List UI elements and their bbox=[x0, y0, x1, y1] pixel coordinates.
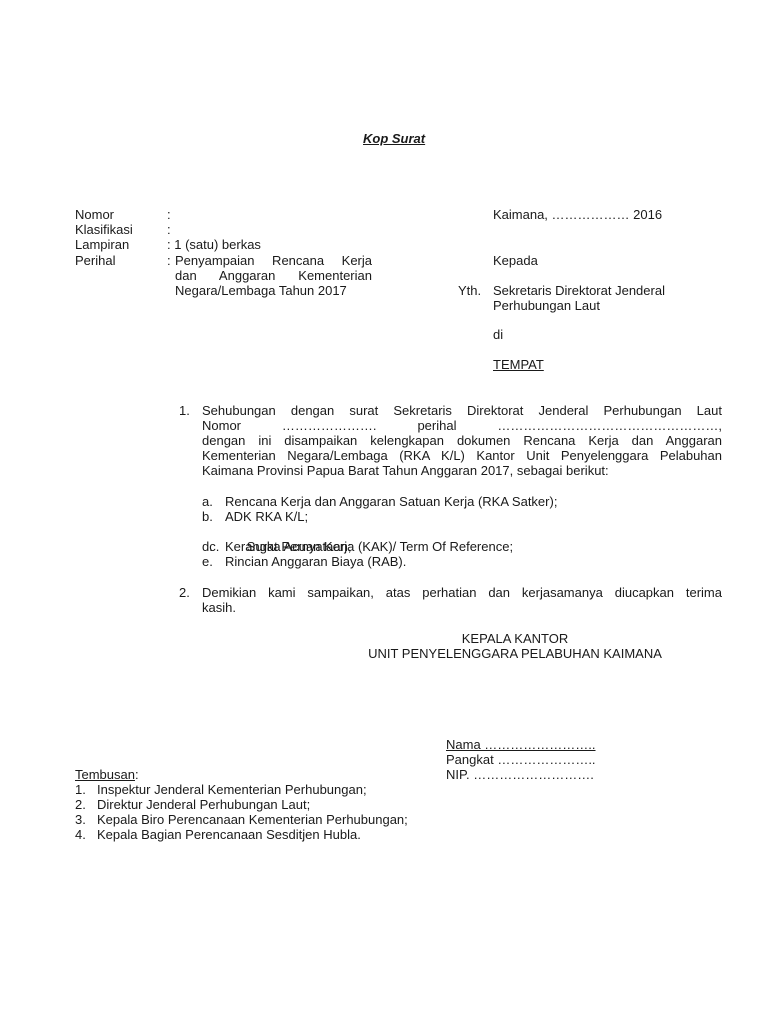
list-item: e.Rincian Anggaran Biaya (RAB). bbox=[202, 554, 406, 569]
list-text: ADK RKA K/L; bbox=[225, 509, 308, 524]
paragraph-line: kasih. bbox=[202, 600, 722, 615]
meta-label-lampiran: Lampiran bbox=[75, 237, 129, 252]
tembusan-number: 2. bbox=[75, 797, 97, 812]
tembusan-text: Direktur Jenderal Perhubungan Laut; bbox=[97, 797, 310, 812]
tembusan-item: 1.Inspektur Jenderal Kementerian Perhubu… bbox=[75, 782, 367, 797]
paragraph-2: 2. Demikian kami sampaikan, atas perhati… bbox=[179, 585, 722, 615]
paragraph-line: Demikian kami sampaikan, atas perhatian … bbox=[202, 585, 722, 600]
list-letter: a. bbox=[202, 494, 225, 509]
meta-value-nomor: : bbox=[167, 207, 171, 222]
tembusan-text: Inspektur Jenderal Kementerian Perhubung… bbox=[97, 782, 367, 797]
di-label: di bbox=[493, 327, 503, 342]
recipient-line-2: Perhubungan Laut bbox=[493, 298, 600, 313]
list-text: Rincian Anggaran Biaya (RAB). bbox=[225, 554, 406, 569]
place-date: Kaimana, ……………… 2016 bbox=[493, 207, 662, 222]
paragraph-line: dengan ini disampaikan kelengkapan dokum… bbox=[202, 433, 722, 448]
paragraph-line: Sehubungan dengan surat Sekretaris Direk… bbox=[202, 403, 722, 418]
signature-nip: NIP. ………………………. bbox=[446, 767, 594, 782]
signature-pangkat: Pangkat ………………….. bbox=[446, 752, 596, 767]
paragraph-1: 1. Sehubungan dengan surat Sekretaris Di… bbox=[179, 403, 722, 478]
tembusan-label: Tembusan bbox=[75, 767, 135, 782]
perihal-line: Penyampaian Rencana Kerja bbox=[175, 253, 372, 268]
tembusan-text: Kepala Bagian Perencanaan Sesditjen Hubl… bbox=[97, 827, 361, 842]
paragraph-number: 1. bbox=[179, 403, 190, 418]
list-letter: b. bbox=[202, 509, 225, 524]
perihal-line: Negara/Lembaga Tahun 2017 bbox=[175, 283, 372, 298]
list-text: Rencana Kerja dan Anggaran Satuan Kerja … bbox=[225, 494, 557, 509]
meta-label-klasifikasi: Klasifikasi bbox=[75, 222, 133, 237]
tembusan-number: 1. bbox=[75, 782, 97, 797]
letterhead-title: Kop Surat bbox=[363, 131, 425, 146]
perihal-line: dan Anggaran Kementerian bbox=[175, 268, 372, 283]
recipient-line-1: Sekretaris Direktorat Jenderal bbox=[493, 283, 665, 298]
tembusan-item: 4.Kepala Bagian Perencanaan Sesditjen Hu… bbox=[75, 827, 361, 842]
list-letter: d. bbox=[202, 539, 225, 554]
list-letter: e. bbox=[202, 554, 225, 569]
tembusan-number: 3. bbox=[75, 812, 97, 827]
tembusan-item: 2.Direktur Jenderal Perhubungan Laut; bbox=[75, 797, 310, 812]
paragraph-line: Kaimana Provinsi Papua Barat Tahun Angga… bbox=[202, 463, 722, 478]
tempat-label: TEMPAT bbox=[493, 357, 544, 372]
list-item: d.Kerangka Acuan Kerja (KAK)/ Term Of Re… bbox=[202, 539, 513, 554]
paragraph-line: Nomor …………………. perihal ……………………………………………… bbox=[202, 418, 722, 433]
paragraph-line: Kementerian Negara/Lembaga (RKA K/L) Kan… bbox=[202, 448, 722, 463]
paragraph-number: 2. bbox=[179, 585, 190, 600]
tembusan-number: 4. bbox=[75, 827, 97, 842]
tembusan-colon: : bbox=[135, 767, 139, 782]
signature-title-1: KEPALA KANTOR bbox=[354, 631, 676, 646]
kepada-label: Kepada bbox=[493, 253, 538, 268]
yth-label: Yth. bbox=[458, 283, 481, 298]
signature-nama: Nama …………………….. bbox=[446, 737, 596, 752]
tembusan-heading: Tembusan: bbox=[75, 767, 139, 782]
tembusan-item: 3.Kepala Biro Perencanaan Kementerian Pe… bbox=[75, 812, 408, 827]
meta-label-nomor: Nomor bbox=[75, 207, 114, 222]
list-item: a.Rencana Kerja dan Anggaran Satuan Kerj… bbox=[202, 494, 557, 509]
tembusan-text: Kepala Biro Perencanaan Kementerian Perh… bbox=[97, 812, 408, 827]
meta-label-perihal: Perihal bbox=[75, 253, 115, 268]
signature-title-2: UNIT PENYELENGGARA PELABUHAN KAIMANA bbox=[354, 646, 676, 661]
meta-value-lampiran: : 1 (satu) berkas bbox=[167, 237, 261, 252]
list-item: b.ADK RKA K/L; bbox=[202, 509, 308, 524]
meta-value-perihal: Penyampaian Rencana Kerja dan Anggaran K… bbox=[167, 253, 372, 298]
meta-value-klasifikasi: : bbox=[167, 222, 171, 237]
list-text: Kerangka Acuan Kerja (KAK)/ Term Of Refe… bbox=[225, 539, 513, 554]
